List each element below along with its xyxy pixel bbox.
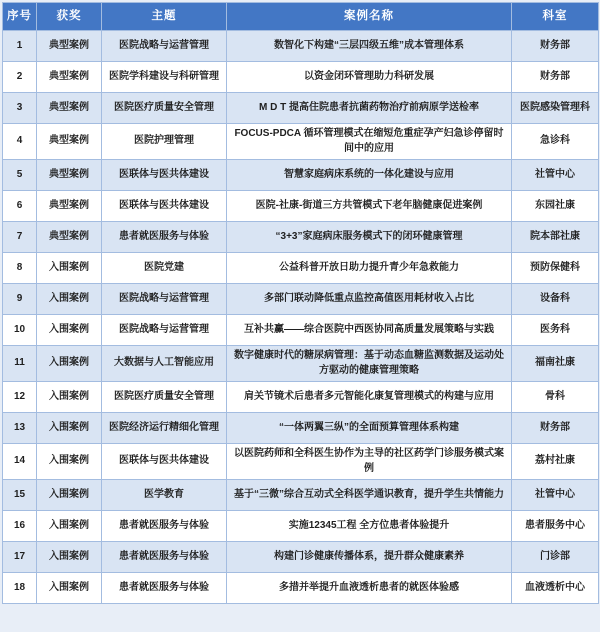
- cell-award: 典型案例: [37, 222, 102, 253]
- cell-case_name: 以资金闭环管理助力科研发展: [227, 62, 512, 93]
- cell-dept: 荔村社康: [512, 444, 599, 480]
- cell-topic: 医院战略与运营管理: [102, 31, 227, 62]
- cell-case_name: 多措并举提升血液透析患者的就医体验感: [227, 573, 512, 604]
- cell-dept: 血液透析中心: [512, 573, 599, 604]
- table-row: 1典型案例医院战略与运营管理数智化下构建“三层四级五维”成本管理体系财务部: [3, 31, 599, 62]
- cell-num: 11: [3, 346, 37, 382]
- cell-award: 入围案例: [37, 253, 102, 284]
- cell-topic: 医联体与医共体建设: [102, 444, 227, 480]
- column-header-num: 序号: [3, 3, 37, 31]
- cell-num: 8: [3, 253, 37, 284]
- cell-num: 17: [3, 542, 37, 573]
- cell-dept: 急诊科: [512, 124, 599, 160]
- table-row: 5典型案例医联体与医共体建设智慧家庭病床系统的一体化建设与应用社管中心: [3, 160, 599, 191]
- table-row: 15入围案例医学教育基于“三微”综合互动式全科医学通识教育，提升学生共情能力社管…: [3, 480, 599, 511]
- cell-num: 1: [3, 31, 37, 62]
- cell-award: 典型案例: [37, 31, 102, 62]
- cell-topic: 医院医疗质量安全管理: [102, 93, 227, 124]
- cell-dept: 福南社康: [512, 346, 599, 382]
- cell-topic: 医院党建: [102, 253, 227, 284]
- cell-topic: 医院战略与运营管理: [102, 284, 227, 315]
- cell-dept: 骨科: [512, 382, 599, 413]
- cell-case_name: 公益科普开放日助力提升青少年急救能力: [227, 253, 512, 284]
- cell-case_name: 基于“三微”综合互动式全科医学通识教育，提升学生共情能力: [227, 480, 512, 511]
- awards-table-container: 序号获奖主题案例名称科室 1典型案例医院战略与运营管理数智化下构建“三层四级五维…: [0, 0, 600, 606]
- table-row: 2典型案例医院学科建设与科研管理以资金闭环管理助力科研发展财务部: [3, 62, 599, 93]
- cell-award: 入围案例: [37, 284, 102, 315]
- cell-case_name: 多部门联动降低重点监控高值医用耗材收入占比: [227, 284, 512, 315]
- cell-award: 入围案例: [37, 382, 102, 413]
- table-row: 9入围案例医院战略与运营管理多部门联动降低重点监控高值医用耗材收入占比设备科: [3, 284, 599, 315]
- cell-topic: 患者就医服务与体验: [102, 511, 227, 542]
- cell-award: 入围案例: [37, 444, 102, 480]
- cell-num: 10: [3, 315, 37, 346]
- cell-num: 16: [3, 511, 37, 542]
- table-row: 16入围案例患者就医服务与体验实施12345工程 全方位患者体验提升患者服务中心: [3, 511, 599, 542]
- cell-topic: 患者就医服务与体验: [102, 542, 227, 573]
- cell-topic: 医院战略与运营管理: [102, 315, 227, 346]
- table-header: 序号获奖主题案例名称科室: [3, 3, 599, 31]
- cell-num: 3: [3, 93, 37, 124]
- table-body: 1典型案例医院战略与运营管理数智化下构建“三层四级五维”成本管理体系财务部2典型…: [3, 31, 599, 604]
- cell-dept: 财务部: [512, 413, 599, 444]
- column-header-case_name: 案例名称: [227, 3, 512, 31]
- cell-num: 7: [3, 222, 37, 253]
- cell-case_name: 以医院药师和全科医生协作为主导的社区药学门诊服务模式案例: [227, 444, 512, 480]
- cell-dept: 医务科: [512, 315, 599, 346]
- cell-topic: 患者就医服务与体验: [102, 573, 227, 604]
- cell-case_name: “一体两翼三纵”的全面预算管理体系构建: [227, 413, 512, 444]
- cell-case_name: 医院-社康-街道三方共管模式下老年脑健康促进案例: [227, 191, 512, 222]
- cell-award: 典型案例: [37, 124, 102, 160]
- cell-award: 入围案例: [37, 413, 102, 444]
- cell-num: 15: [3, 480, 37, 511]
- column-header-award: 获奖: [37, 3, 102, 31]
- cell-award: 入围案例: [37, 480, 102, 511]
- cell-award: 入围案例: [37, 346, 102, 382]
- cell-topic: 医联体与医共体建设: [102, 191, 227, 222]
- cell-case_name: “3+3”家庭病床服务模式下的闭环健康管理: [227, 222, 512, 253]
- table-header-row: 序号获奖主题案例名称科室: [3, 3, 599, 31]
- awards-table: 序号获奖主题案例名称科室 1典型案例医院战略与运营管理数智化下构建“三层四级五维…: [2, 2, 599, 604]
- cell-dept: 财务部: [512, 31, 599, 62]
- cell-award: 典型案例: [37, 191, 102, 222]
- table-row: 18入围案例患者就医服务与体验多措并举提升血液透析患者的就医体验感血液透析中心: [3, 573, 599, 604]
- cell-case_name: 数智化下构建“三层四级五维”成本管理体系: [227, 31, 512, 62]
- cell-num: 4: [3, 124, 37, 160]
- cell-dept: 门诊部: [512, 542, 599, 573]
- cell-award: 入围案例: [37, 573, 102, 604]
- table-row: 10入围案例医院战略与运营管理互补共赢——综合医院中西医协同高质量发展策略与实践…: [3, 315, 599, 346]
- cell-award: 典型案例: [37, 160, 102, 191]
- cell-topic: 医院医疗质量安全管理: [102, 382, 227, 413]
- cell-dept: 预防保健科: [512, 253, 599, 284]
- cell-topic: 患者就医服务与体验: [102, 222, 227, 253]
- table-row: 14入围案例医联体与医共体建设以医院药师和全科医生协作为主导的社区药学门诊服务模…: [3, 444, 599, 480]
- cell-award: 典型案例: [37, 93, 102, 124]
- cell-topic: 医院经济运行精细化管理: [102, 413, 227, 444]
- cell-dept: 设备科: [512, 284, 599, 315]
- cell-num: 6: [3, 191, 37, 222]
- table-row: 7典型案例患者就医服务与体验“3+3”家庭病床服务模式下的闭环健康管理院本部社康: [3, 222, 599, 253]
- cell-case_name: FOCUS-PDCA 循环管理模式在缩短危重症孕产妇急诊停留时间中的应用: [227, 124, 512, 160]
- cell-topic: 医院护理管理: [102, 124, 227, 160]
- cell-case_name: 构建门诊健康传播体系，提升群众健康素养: [227, 542, 512, 573]
- cell-award: 入围案例: [37, 511, 102, 542]
- cell-num: 12: [3, 382, 37, 413]
- cell-dept: 院本部社康: [512, 222, 599, 253]
- cell-dept: 财务部: [512, 62, 599, 93]
- cell-case_name: M D T 提高住院患者抗菌药物治疗前病原学送检率: [227, 93, 512, 124]
- cell-topic: 医院学科建设与科研管理: [102, 62, 227, 93]
- table-row: 17入围案例患者就医服务与体验构建门诊健康传播体系，提升群众健康素养门诊部: [3, 542, 599, 573]
- column-header-dept: 科室: [512, 3, 599, 31]
- cell-num: 13: [3, 413, 37, 444]
- cell-dept: 社管中心: [512, 160, 599, 191]
- cell-dept: 患者服务中心: [512, 511, 599, 542]
- table-row: 3典型案例医院医疗质量安全管理M D T 提高住院患者抗菌药物治疗前病原学送检率…: [3, 93, 599, 124]
- cell-case_name: 数字健康时代的糖尿病管理：基于动态血糖监测数据及运动处方驱动的健康管理策略: [227, 346, 512, 382]
- cell-num: 5: [3, 160, 37, 191]
- cell-dept: 医院感染管理科: [512, 93, 599, 124]
- cell-award: 入围案例: [37, 315, 102, 346]
- cell-case_name: 互补共赢——综合医院中西医协同高质量发展策略与实践: [227, 315, 512, 346]
- cell-case_name: 肩关节镜术后患者多元智能化康复管理模式的构建与应用: [227, 382, 512, 413]
- cell-topic: 医联体与医共体建设: [102, 160, 227, 191]
- table-row: 13入围案例医院经济运行精细化管理“一体两翼三纵”的全面预算管理体系构建财务部: [3, 413, 599, 444]
- cell-num: 2: [3, 62, 37, 93]
- table-row: 12入围案例医院医疗质量安全管理肩关节镜术后患者多元智能化康复管理模式的构建与应…: [3, 382, 599, 413]
- cell-case_name: 智慧家庭病床系统的一体化建设与应用: [227, 160, 512, 191]
- cell-dept: 东园社康: [512, 191, 599, 222]
- cell-topic: 医学教育: [102, 480, 227, 511]
- cell-num: 9: [3, 284, 37, 315]
- table-row: 6典型案例医联体与医共体建设医院-社康-街道三方共管模式下老年脑健康促进案例东园…: [3, 191, 599, 222]
- table-row: 8入围案例医院党建公益科普开放日助力提升青少年急救能力预防保健科: [3, 253, 599, 284]
- cell-num: 18: [3, 573, 37, 604]
- cell-award: 典型案例: [37, 62, 102, 93]
- cell-topic: 大数据与人工智能应用: [102, 346, 227, 382]
- table-row: 11入围案例大数据与人工智能应用数字健康时代的糖尿病管理：基于动态血糖监测数据及…: [3, 346, 599, 382]
- cell-case_name: 实施12345工程 全方位患者体验提升: [227, 511, 512, 542]
- cell-award: 入围案例: [37, 542, 102, 573]
- cell-num: 14: [3, 444, 37, 480]
- table-row: 4典型案例医院护理管理FOCUS-PDCA 循环管理模式在缩短危重症孕产妇急诊停…: [3, 124, 599, 160]
- column-header-topic: 主题: [102, 3, 227, 31]
- cell-dept: 社管中心: [512, 480, 599, 511]
